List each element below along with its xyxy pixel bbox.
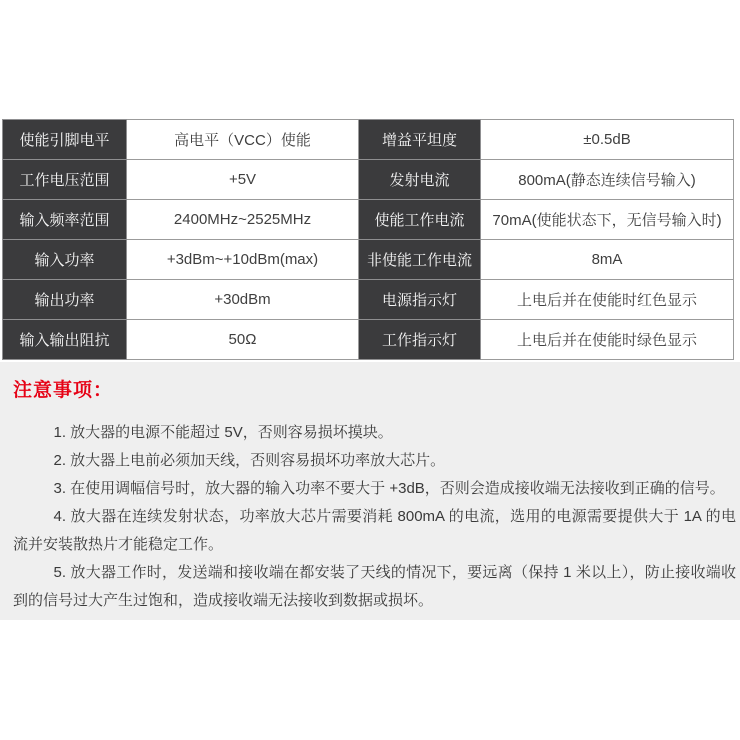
- spec-label-cell: 输出功率: [3, 280, 127, 320]
- table-row: 工作电压范围 +5V 发射电流 800mA(静态连续信号输入): [3, 160, 734, 200]
- notes-section: 注意事项： 1. 放大器的电源不能超过 5V，否则容易损坏摸块。 2. 放大器上…: [0, 362, 740, 620]
- spec-label-cell: 非使能工作电流: [359, 240, 481, 280]
- table-row: 输入输出阻抗 50Ω 工作指示灯 上电后并在使能时绿色显示: [3, 320, 734, 360]
- spec-label-cell: 使能工作电流: [359, 200, 481, 240]
- spec-label-cell: 增益平坦度: [359, 120, 481, 160]
- spec-label-cell: 发射电流: [359, 160, 481, 200]
- spec-label-cell: 输入频率范围: [3, 200, 127, 240]
- spec-value-cell: +5V: [127, 160, 359, 200]
- note-item: 5. 放大器工作时，发送端和接收端在都安装了天线的情况下，要远离（保持 1 米以…: [13, 559, 736, 615]
- table-row: 输入功率 +3dBm~+10dBm(max) 非使能工作电流 8mA: [3, 240, 734, 280]
- spec-value-cell: 上电后并在使能时红色显示: [481, 280, 734, 320]
- note-item: 2. 放大器上电前必须加天线，否则容易损坏功率放大芯片。: [13, 447, 736, 475]
- spec-label-cell: 工作电压范围: [3, 160, 127, 200]
- spec-value-cell: 2400MHz~2525MHz: [127, 200, 359, 240]
- spec-value-cell: +3dBm~+10dBm(max): [127, 240, 359, 280]
- note-item: 4. 放大器在连续发射状态，功率放大芯片需要消耗 800mA 的电流，选用的电源…: [13, 503, 736, 559]
- spec-table: 使能引脚电平 高电平（VCC）使能 增益平坦度 ±0.5dB 工作电压范围 +5…: [2, 119, 734, 360]
- table-row: 输入频率范围 2400MHz~2525MHz 使能工作电流 70mA(使能状态下…: [3, 200, 734, 240]
- spec-sheet-page: 使能引脚电平 高电平（VCC）使能 增益平坦度 ±0.5dB 工作电压范围 +5…: [0, 0, 740, 740]
- spec-label-cell: 输入功率: [3, 240, 127, 280]
- table-row: 输出功率 +30dBm 电源指示灯 上电后并在使能时红色显示: [3, 280, 734, 320]
- spec-value-cell: 高电平（VCC）使能: [127, 120, 359, 160]
- notes-heading: 注意事项：: [13, 375, 736, 402]
- notes-body: 1. 放大器的电源不能超过 5V，否则容易损坏摸块。 2. 放大器上电前必须加天…: [13, 419, 736, 615]
- note-item: 3. 在使用调幅信号时，放大器的输入功率不要大于 +3dB，否则会造成接收端无法…: [13, 475, 736, 503]
- spec-value-cell: 上电后并在使能时绿色显示: [481, 320, 734, 360]
- spec-label-cell: 输入输出阻抗: [3, 320, 127, 360]
- spec-label-cell: 工作指示灯: [359, 320, 481, 360]
- spec-value-cell: 800mA(静态连续信号输入): [481, 160, 734, 200]
- spec-value-cell: ±0.5dB: [481, 120, 734, 160]
- note-item: 1. 放大器的电源不能超过 5V，否则容易损坏摸块。: [13, 419, 736, 447]
- spec-value-cell: 8mA: [481, 240, 734, 280]
- spec-value-cell: +30dBm: [127, 280, 359, 320]
- spec-label-cell: 电源指示灯: [359, 280, 481, 320]
- spec-value-cell: 50Ω: [127, 320, 359, 360]
- table-row: 使能引脚电平 高电平（VCC）使能 增益平坦度 ±0.5dB: [3, 120, 734, 160]
- spec-label-cell: 使能引脚电平: [3, 120, 127, 160]
- spec-value-cell: 70mA(使能状态下，无信号输入时): [481, 200, 734, 240]
